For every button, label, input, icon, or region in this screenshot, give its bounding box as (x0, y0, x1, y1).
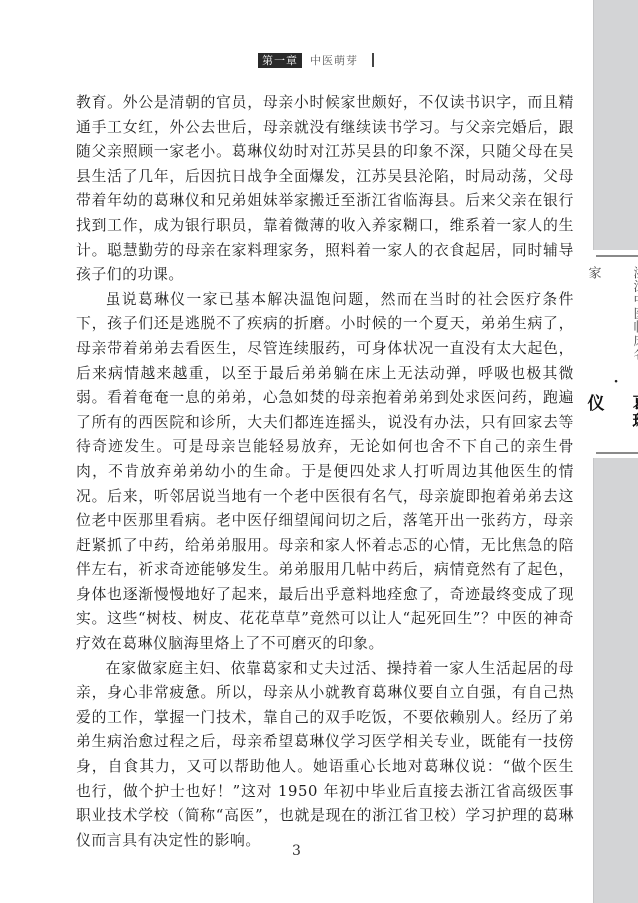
side-tab-rule-bottom (596, 452, 638, 454)
side-thumb-tab: 浙江中医临床名家 · 葛琳仪 (593, 0, 638, 903)
body-text: 教育。外公是清朝的官员，母亲小时候家世颇好，不仅读书识字，而且精通手工女红，外公… (76, 91, 574, 853)
paragraph-2: 虽说葛琳仪一家已基本解决温饱问题，然而在当时的社会医疗条件下，孩子们还是逃脱不了… (76, 288, 574, 657)
side-tab-bottom-band (593, 458, 638, 903)
separator-dot: · (593, 374, 638, 390)
side-tab-rule-top (596, 255, 638, 257)
page-number: 3 (0, 843, 638, 859)
header-divider (372, 53, 374, 67)
running-head: 第一章 中医萌芽 (258, 52, 374, 68)
series-title: 浙江中医临床名家 (571, 266, 638, 370)
book-page: 第一章 中医萌芽 教育。外公是清朝的官员，母亲小时候家世颇好，不仅读书识字，而且… (0, 0, 593, 903)
chapter-label: 第一章 (258, 53, 302, 68)
side-tab-title: 浙江中医临床名家 · 葛琳仪 (593, 266, 638, 446)
paragraph-1: 教育。外公是清朝的官员，母亲小时候家世颇好，不仅读书识字，而且精通手工女红，外公… (76, 91, 574, 288)
section-title: 中医萌芽 (310, 52, 358, 68)
side-tab-top-band (593, 0, 638, 250)
paragraph-3: 在家做家庭主妇、依靠葛家和丈夫过活、操持着一家人生活起居的母亲，身心非常疲惫。所… (76, 657, 574, 854)
subject-name: 葛琳仪 (571, 394, 638, 446)
